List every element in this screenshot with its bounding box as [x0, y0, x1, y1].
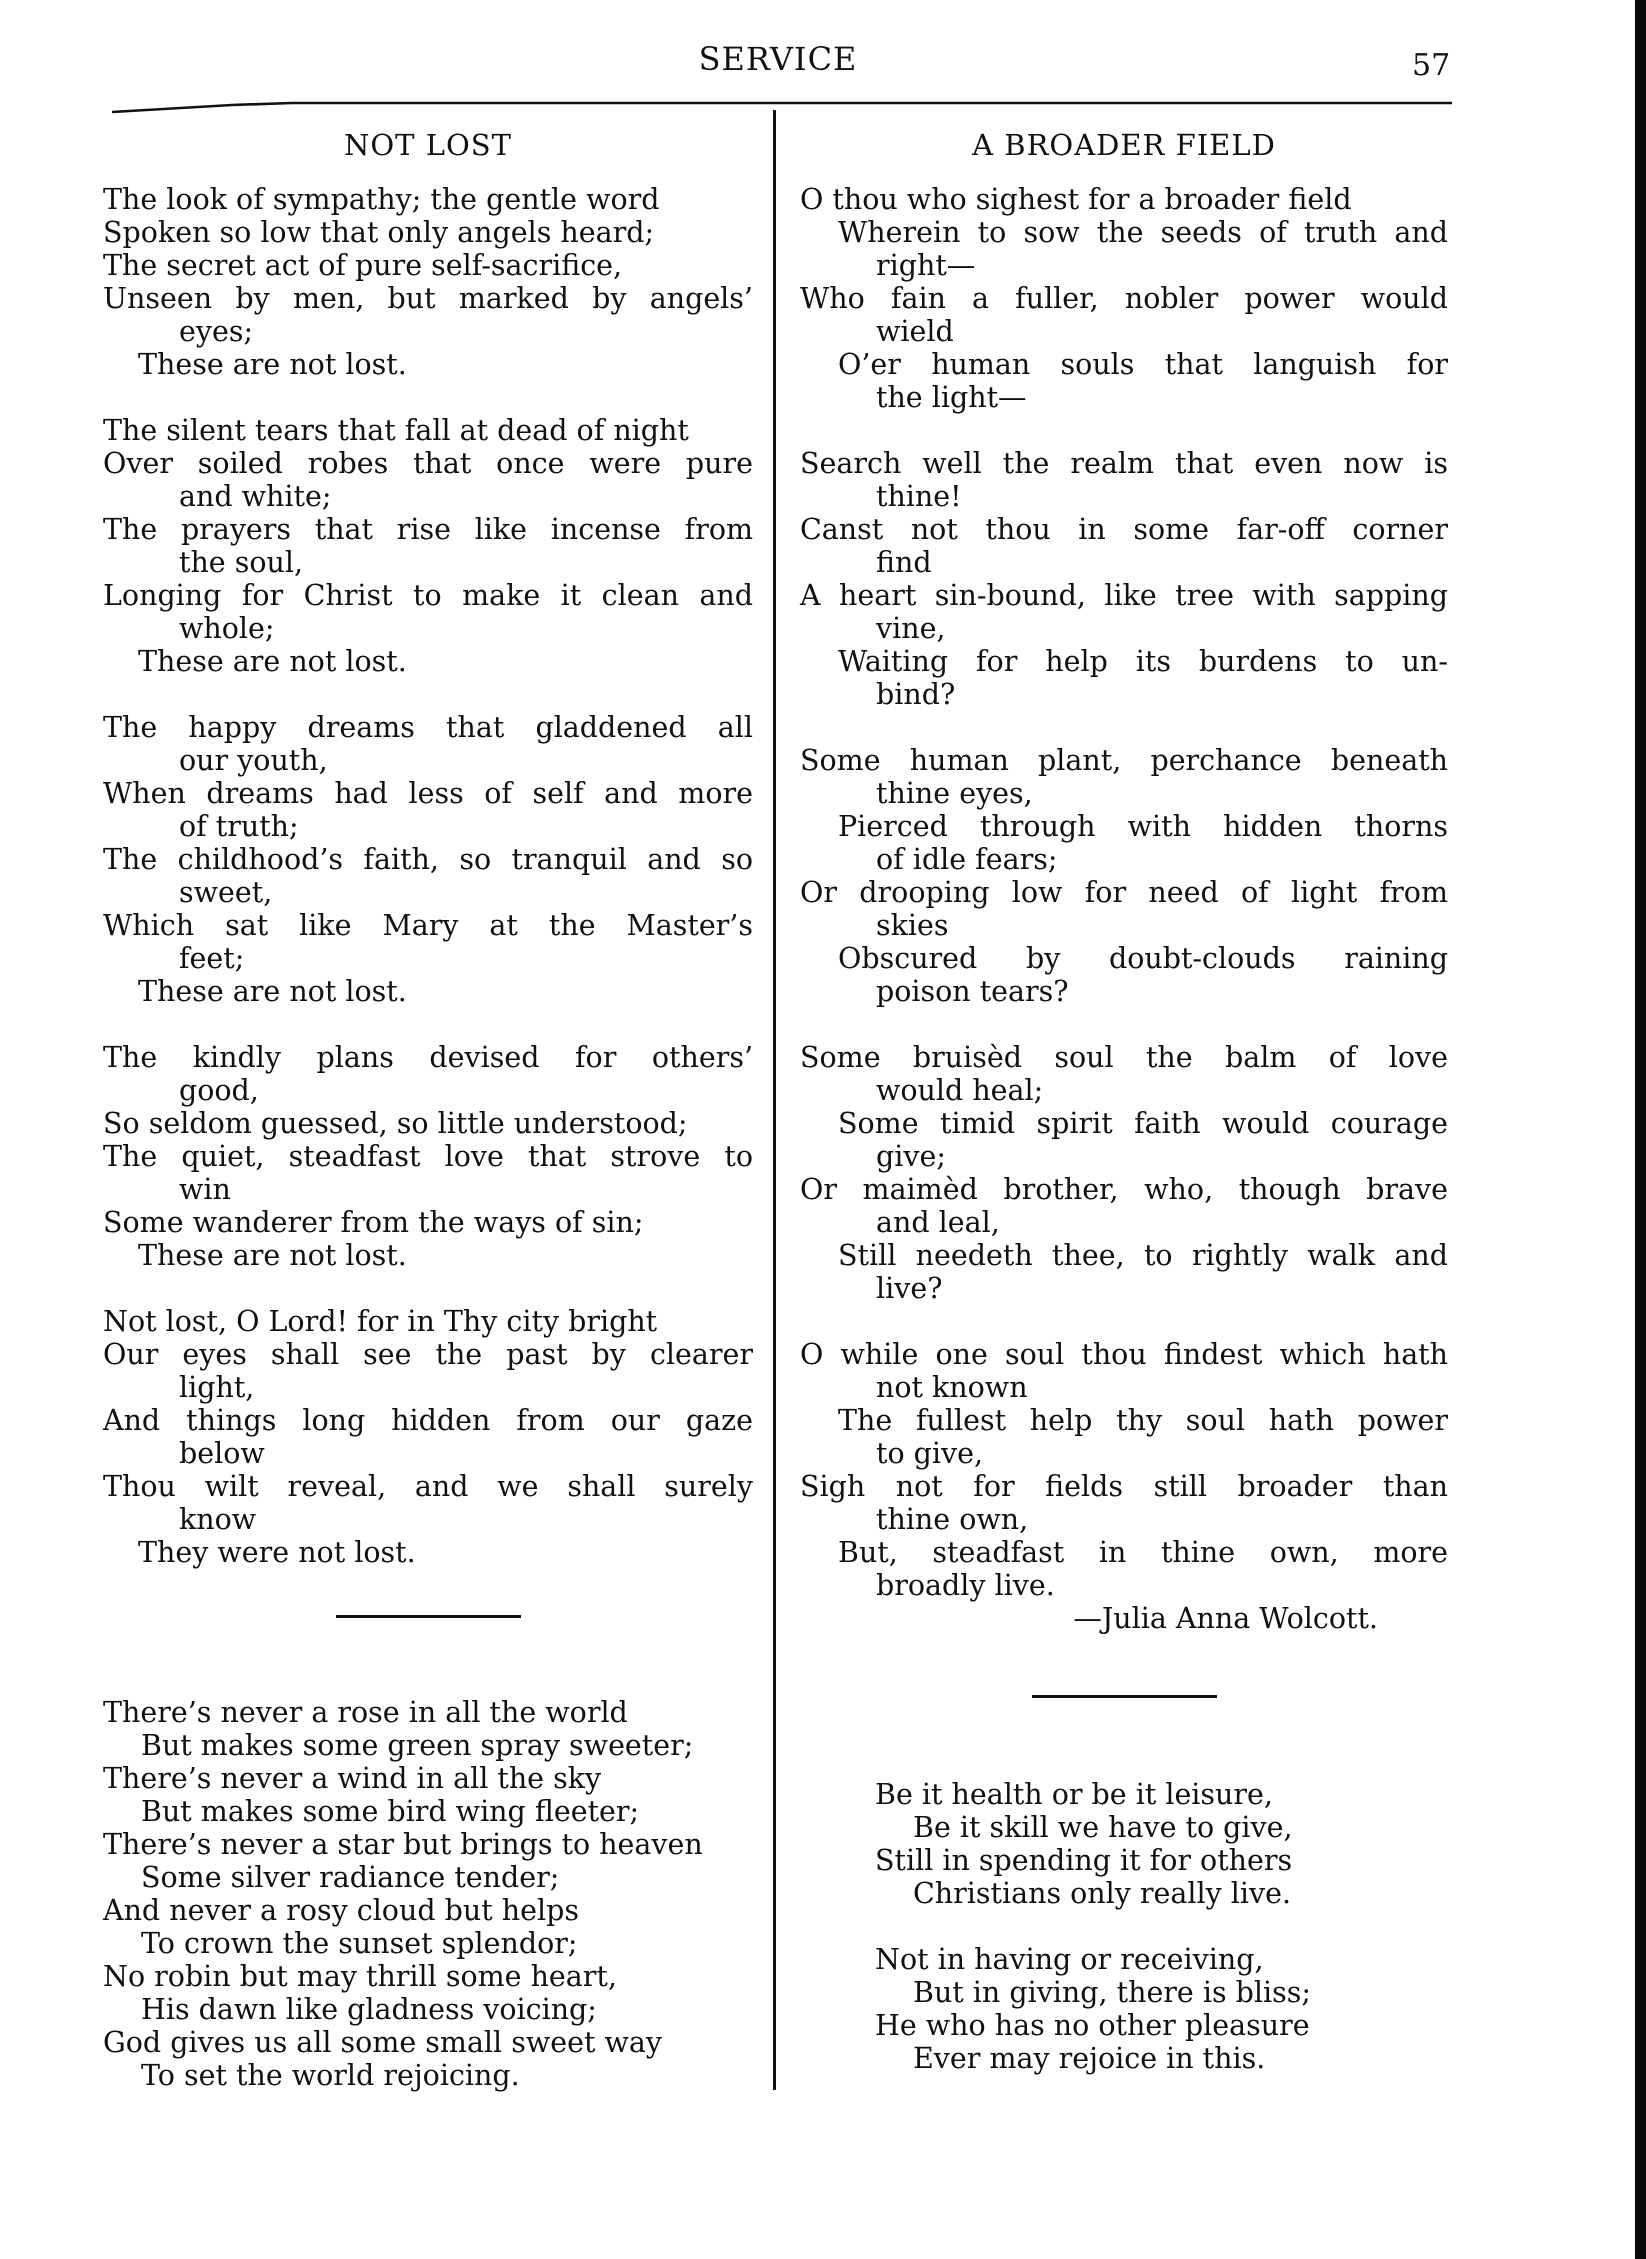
poem-line: There’s never a star but brings to heave… — [103, 1828, 753, 1861]
poem-line: feet; — [103, 942, 753, 975]
poem-line: give; — [800, 1140, 1448, 1173]
poem-line: Who fain a fuller, nobler power would — [800, 282, 1448, 315]
poem-line: O thou who sighest for a broader field — [800, 183, 1448, 216]
poem-line: win — [103, 1173, 753, 1206]
poem-line: Not lost, O Lord! for in Thy city bright — [103, 1305, 753, 1338]
poem-line: These are not lost. — [103, 975, 753, 1008]
poem-title-broader-field: A BROADER FIELD — [800, 125, 1448, 165]
poem-not-lost: The look of sympathy; the gentle wordSpo… — [103, 183, 753, 1569]
poem-broader-field: O thou who sighest for a broader fieldWh… — [800, 183, 1448, 1602]
left-column: NOT LOST The look of sympathy; the gentl… — [103, 125, 753, 2092]
poem-line: live? — [800, 1272, 1448, 1305]
poem-line: Search well the realm that even now is — [800, 447, 1448, 480]
poem-line: the light— — [800, 381, 1448, 414]
poem-line: No robin but may thrill some heart, — [103, 1960, 753, 1993]
running-head: SERVICE — [0, 40, 1556, 78]
poem-line: thine own, — [800, 1503, 1448, 1536]
poem-line: And things long hidden from our gaze — [103, 1404, 753, 1437]
poem-line: find — [800, 546, 1448, 579]
poem-line: To set the world rejoicing. — [103, 2059, 753, 2092]
stanza: Be it health or be it leisure,Be it skil… — [875, 1778, 1448, 1910]
poem-line: The kindly plans devised for others’ — [103, 1041, 753, 1074]
stanza: O thou who sighest for a broader fieldWh… — [800, 183, 1448, 414]
poem-line: Pierced through with hidden thorns — [800, 810, 1448, 843]
poem-line: below — [103, 1437, 753, 1470]
poem-line: So seldom guessed, so little understood; — [103, 1107, 753, 1140]
poem-line: Some silver radiance tender; — [103, 1861, 753, 1894]
poem-line: To crown the sunset splendor; — [103, 1927, 753, 1960]
poem-line: sweet, — [103, 876, 753, 909]
header-rule — [112, 100, 1452, 114]
verse-health-or-leisure: Be it health or be it leisure,Be it skil… — [800, 1778, 1448, 2075]
poem-title-not-lost: NOT LOST — [103, 125, 753, 165]
poem-line: and leal, — [800, 1206, 1448, 1239]
stanza: The happy dreams that gladdened allour y… — [103, 711, 753, 1008]
poem-line: The prayers that rise like incense from — [103, 513, 753, 546]
poem-line: Spoken so low that only angels heard; — [103, 216, 753, 249]
poem-line: There’s never a rose in all the world — [103, 1696, 753, 1729]
poem-line: would heal; — [800, 1074, 1448, 1107]
poem-line: thine! — [800, 480, 1448, 513]
poem-line: Sigh not for fields still broader than — [800, 1470, 1448, 1503]
scan-edge — [1635, 0, 1646, 2259]
poem-line: broadly live. — [800, 1569, 1448, 1602]
poem-line: There’s never a wind in all the sky — [103, 1762, 753, 1795]
poem-line: whole; — [103, 612, 753, 645]
poem-line: The quiet, steadfast love that strove to — [103, 1140, 753, 1173]
stanza: The kindly plans devised for others’good… — [103, 1041, 753, 1272]
stanza: Not lost, O Lord! for in Thy city bright… — [103, 1305, 753, 1569]
poem-line: A heart sin-bound, like tree with sappin… — [800, 579, 1448, 612]
poem-line: Some wanderer from the ways of sin; — [103, 1206, 753, 1239]
stanza: Some bruisèd soul the balm of lovewould … — [800, 1041, 1448, 1305]
poem-line: not known — [800, 1371, 1448, 1404]
stanza: The silent tears that fall at dead of ni… — [103, 414, 753, 678]
poem-line: of idle fears; — [800, 843, 1448, 876]
poem-line: poison tears? — [800, 975, 1448, 1008]
poem-line: good, — [103, 1074, 753, 1107]
poem-line: These are not lost. — [103, 645, 753, 678]
poem-line: Or maimèd brother, who, though brave — [800, 1173, 1448, 1206]
poem-line: These are not lost. — [103, 348, 753, 381]
poem-line: But, steadfast in thine own, more — [800, 1536, 1448, 1569]
poem-line: know — [103, 1503, 753, 1536]
poem-line: And never a rosy cloud but helps — [103, 1894, 753, 1927]
poem-line: But makes some bird wing fleeter; — [103, 1795, 753, 1828]
poem-line: Not in having or receiving, — [875, 1943, 1448, 1976]
poem-line: Over soiled robes that once were pure — [103, 447, 753, 480]
poem-line: wield — [800, 315, 1448, 348]
verse-never-a-rose: There’s never a rose in all the worldBut… — [103, 1696, 753, 2092]
poem-line: Some bruisèd soul the balm of love — [800, 1041, 1448, 1074]
poem-line: Still needeth thee, to rightly walk and — [800, 1239, 1448, 1272]
poem-line: thine eyes, — [800, 777, 1448, 810]
poem-line: Be it skill we have to give, — [875, 1811, 1448, 1844]
poem-line: Wherein to sow the seeds of truth and — [800, 216, 1448, 249]
poem-line: O while one soul thou findest which hath — [800, 1338, 1448, 1371]
poem-attribution: —Julia Anna Wolcott. — [800, 1602, 1448, 1635]
poem-line: The happy dreams that gladdened all — [103, 711, 753, 744]
poem-line: skies — [800, 909, 1448, 942]
poem-line: to give, — [800, 1437, 1448, 1470]
poem-line: The silent tears that fall at dead of ni… — [103, 414, 753, 447]
poem-line: the soul, — [103, 546, 753, 579]
poem-line: These are not lost. — [103, 1239, 753, 1272]
poem-line: and white; — [103, 480, 753, 513]
stanza: Search well the realm that even now isth… — [800, 447, 1448, 711]
poem-line: But in giving, there is bliss; — [875, 1976, 1448, 2009]
poem-line: right— — [800, 249, 1448, 282]
poem-line: Or drooping low for need of light from — [800, 876, 1448, 909]
section-separator — [336, 1615, 521, 1618]
poem-line: They were not lost. — [103, 1536, 753, 1569]
poem-line: The childhood’s faith, so tranquil and s… — [103, 843, 753, 876]
poem-line: of truth; — [103, 810, 753, 843]
poem-line: Unseen by men, but marked by angels’ — [103, 282, 753, 315]
poem-line: Canst not thou in some far-off corner — [800, 513, 1448, 546]
section-separator — [1032, 1695, 1217, 1698]
poem-line: our youth, — [103, 744, 753, 777]
poem-line: Christians only really live. — [875, 1877, 1448, 1910]
poem-line: Thou wilt reveal, and we shall surely — [103, 1470, 753, 1503]
poem-line: He who has no other pleasure — [875, 2009, 1448, 2042]
poem-line: His dawn like gladness voicing; — [103, 1993, 753, 2026]
poem-line: Waiting for help its burdens to un- — [800, 645, 1448, 678]
poem-line: vine, — [800, 612, 1448, 645]
poem-line: Be it health or be it leisure, — [875, 1778, 1448, 1811]
poem-line: Still in spending it for others — [875, 1844, 1448, 1877]
stanza: Some human plant, perchance beneaththine… — [800, 744, 1448, 1008]
poem-line: Obscured by doubt-clouds raining — [800, 942, 1448, 975]
poem-line: When dreams had less of self and more — [103, 777, 753, 810]
poem-line: God gives us all some small sweet way — [103, 2026, 753, 2059]
stanza: The look of sympathy; the gentle wordSpo… — [103, 183, 753, 381]
poem-line: bind? — [800, 678, 1448, 711]
poem-line: The fullest help thy soul hath power — [800, 1404, 1448, 1437]
poem-line: Ever may rejoice in this. — [875, 2042, 1448, 2075]
poem-line: O’er human souls that languish for — [800, 348, 1448, 381]
poem-line: Some timid spirit faith would courage — [800, 1107, 1448, 1140]
poem-line: light, — [103, 1371, 753, 1404]
poem-line: The secret act of pure self-sacrifice, — [103, 249, 753, 282]
stanza: O while one soul thou findest which hath… — [800, 1338, 1448, 1602]
column-divider — [773, 110, 776, 2090]
poem-line: Our eyes shall see the past by clearer — [103, 1338, 753, 1371]
stanza: Not in having or receiving,But in giving… — [875, 1943, 1448, 2075]
poem-line: Longing for Christ to make it clean and — [103, 579, 753, 612]
poem-line: Some human plant, perchance beneath — [800, 744, 1448, 777]
poem-line: Which sat like Mary at the Master’s — [103, 909, 753, 942]
poem-line: eyes; — [103, 315, 753, 348]
poem-line: The look of sympathy; the gentle word — [103, 183, 753, 216]
page-number: 57 — [1412, 48, 1450, 83]
right-column: A BROADER FIELD O thou who sighest for a… — [800, 125, 1448, 2108]
poem-line: But makes some green spray sweeter; — [103, 1729, 753, 1762]
